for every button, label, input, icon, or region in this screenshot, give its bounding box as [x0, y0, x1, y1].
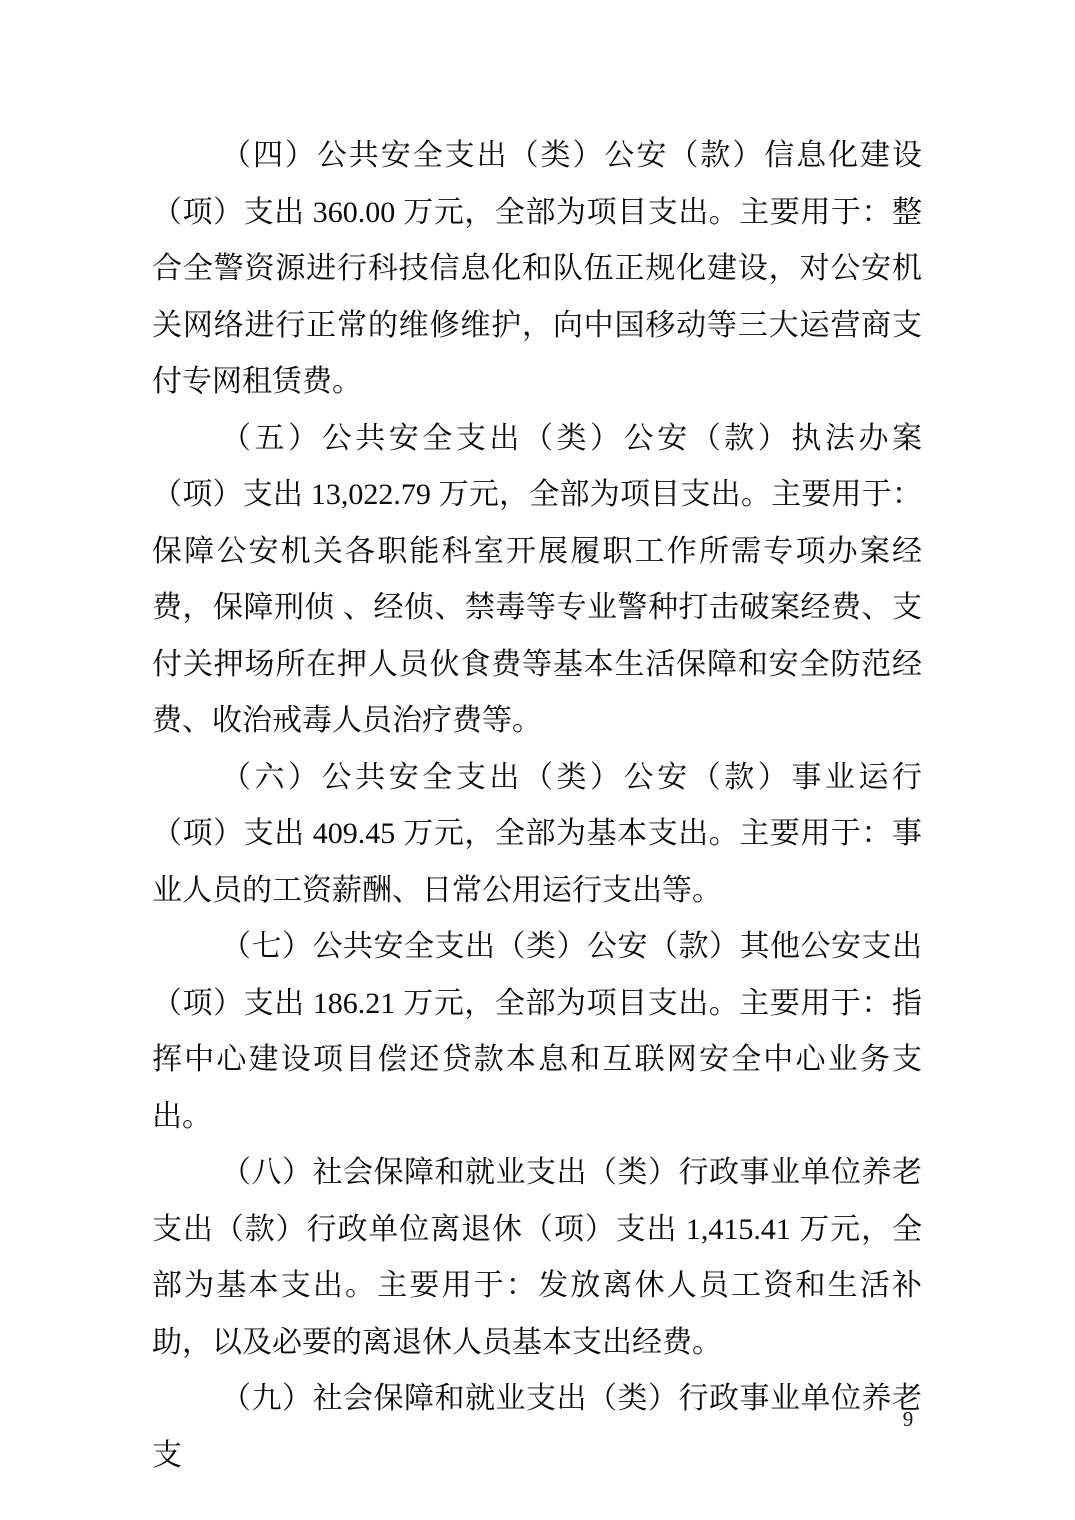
paragraph-item-9: （九）社会保障和就业支出（类）行政事业单位养老支: [152, 1371, 922, 1484]
paragraph-item-8: （八）社会保障和就业支出（类）行政事业单位养老支出（款）行政单位离退休（项）支出…: [152, 1145, 922, 1371]
document-body: （四）公共安全支出（类）公安（款）信息化建设（项）支出 360.00 万元，全部…: [152, 128, 922, 1484]
document-page: （四）公共安全支出（类）公安（款）信息化建设（项）支出 360.00 万元，全部…: [0, 0, 1075, 1520]
paragraph-item-6: （六）公共安全支出（类）公安（款）事业运行（项）支出 409.45 万元，全部为…: [152, 750, 922, 920]
paragraph-item-5: （五）公共安全支出（类）公安（款）执法办案（项）支出 13,022.79 万元，…: [152, 411, 922, 750]
paragraph-item-7: （七）公共安全支出（类）公安（款）其他公安支出（项）支出 186.21 万元，全…: [152, 919, 922, 1145]
page-number: 9: [896, 1404, 920, 1434]
paragraph-item-4: （四）公共安全支出（类）公安（款）信息化建设（项）支出 360.00 万元，全部…: [152, 128, 922, 411]
